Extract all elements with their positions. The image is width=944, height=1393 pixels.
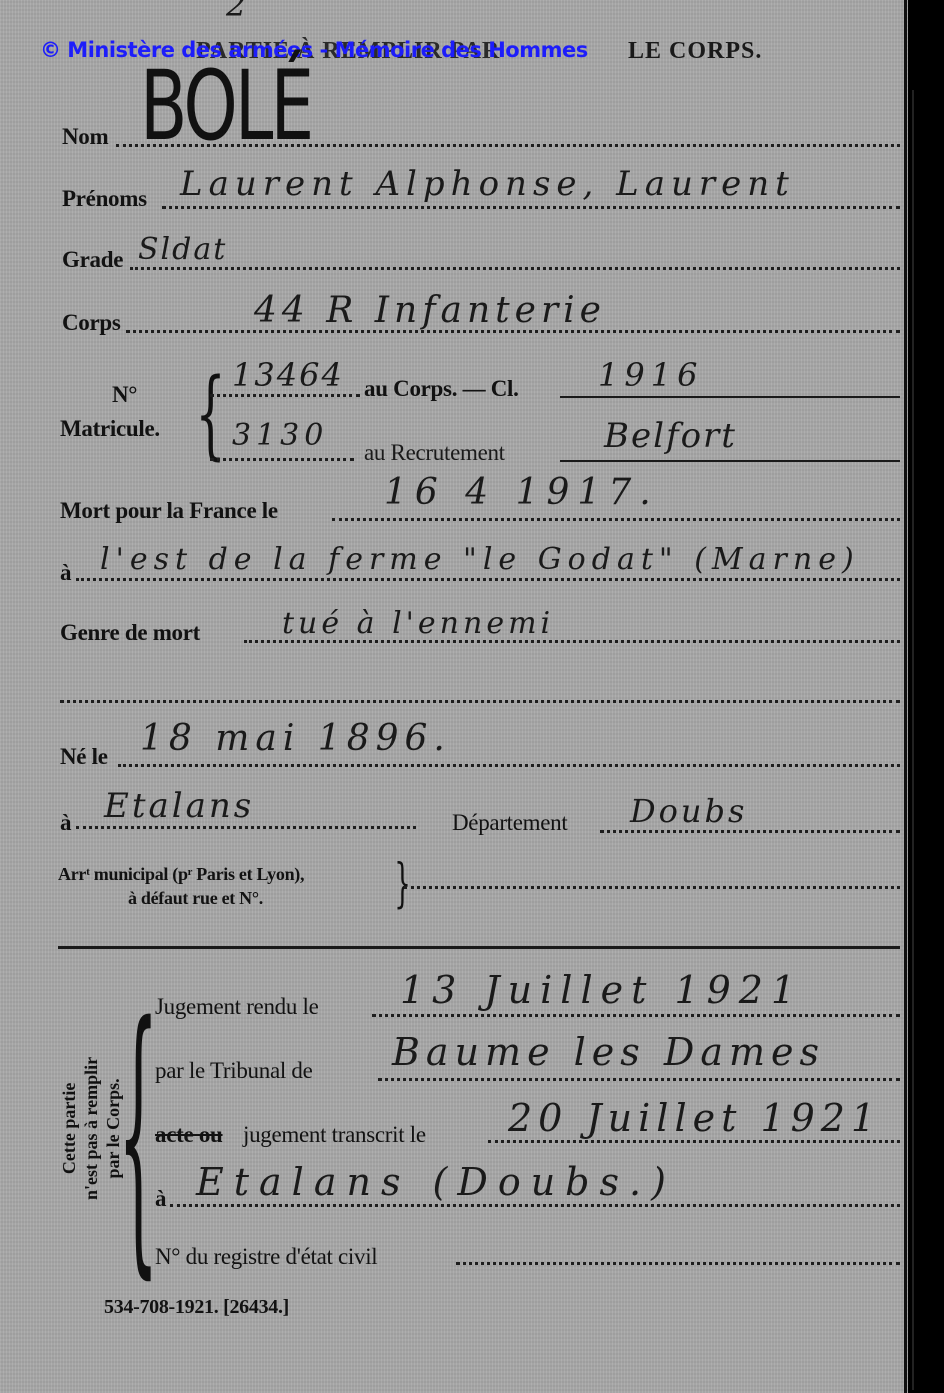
lieu-naissance-line xyxy=(76,826,416,829)
card-right-border xyxy=(904,0,907,1393)
arrondissement-brace: } xyxy=(394,858,411,910)
classe-line xyxy=(560,396,900,398)
departement-label: Département xyxy=(452,810,567,836)
lieu-naissance-value: Etalans xyxy=(104,786,254,826)
tribunal-value: Baume les Dames xyxy=(392,1030,825,1074)
side-note-line2: n'est pas à remplir xyxy=(80,1057,102,1200)
lieu-mort-label: à xyxy=(60,560,71,586)
registre-label: N° du registre d'état civil xyxy=(155,1244,377,1270)
departement-value: Doubs xyxy=(630,792,747,830)
prenoms-value: Laurent Alphonse, Laurent xyxy=(180,164,795,204)
side-note-line1: Cette partie xyxy=(58,1057,80,1200)
arrondissement-label-line1: Arrᵗ municipal (pʳ Paris et Lyon), xyxy=(58,864,304,885)
tribunal-label: par le Tribunal de xyxy=(155,1058,313,1084)
acte-ou-struck-label: acte ou xyxy=(155,1122,223,1148)
mort-date: 16 4 1917. xyxy=(384,472,659,513)
lieu-naissance-label: à xyxy=(60,810,71,836)
grade-label: Grade xyxy=(62,247,123,273)
prenoms-label: Prénoms xyxy=(62,186,147,212)
jugement-brace: { xyxy=(118,990,159,1280)
genre-mort-line xyxy=(244,640,900,643)
transcrit-lieu-value: Etalans (Doubs.) xyxy=(196,1160,676,1204)
prenoms-line xyxy=(162,206,900,209)
copyright-watermark: © Ministère des armées - Mémoire des Hom… xyxy=(40,38,588,62)
nom-label: Nom xyxy=(62,124,108,150)
mort-label: Mort pour la France le xyxy=(60,498,278,524)
ne-le-line xyxy=(118,764,900,767)
genre-mort-label: Genre de mort xyxy=(60,620,200,646)
jugement-rendu-date: 13 Juillet 1921 xyxy=(400,968,803,1012)
au-recrutement-label: au Recrutement xyxy=(364,440,505,466)
transcrit-lieu-line xyxy=(170,1204,900,1207)
recrutement-line xyxy=(560,460,900,462)
corps-value: 44 R Infanterie xyxy=(254,290,606,331)
matricule-recrutement-number: 3130 xyxy=(232,418,328,453)
transcrit-line xyxy=(488,1140,900,1143)
genre-mort-value: tué à l'ennemi xyxy=(282,606,554,641)
corps-line xyxy=(126,330,900,333)
classe-value: 1916 xyxy=(598,356,703,394)
card-right-border-inner xyxy=(912,90,914,1390)
nom-line xyxy=(116,144,900,147)
lieu-mort-value: l'est de la ferme "le Godat" (Marne) xyxy=(100,542,860,577)
section-separator xyxy=(58,946,900,949)
au-corps-label: au Corps. — Cl. xyxy=(364,376,519,402)
arrondissement-label-line2: à défaut rue et N°. xyxy=(128,888,263,909)
matricule-corps-number: 13464 xyxy=(232,356,344,394)
grade-line xyxy=(130,267,900,270)
lieu-mort-line xyxy=(76,578,900,581)
jugement-rendu-line xyxy=(372,1014,900,1017)
arrondissement-line xyxy=(404,886,900,889)
transcrit-lieu-label: à xyxy=(155,1186,166,1212)
matricule-label: Matricule. xyxy=(60,416,160,442)
matricule-brace: { xyxy=(195,366,226,462)
matricule-recrutement-line xyxy=(210,458,354,461)
departement-line xyxy=(600,830,900,833)
registre-line xyxy=(456,1262,900,1265)
corps-label: Corps xyxy=(62,310,121,336)
jugement-rendu-label: Jugement rendu le xyxy=(155,994,319,1020)
tribunal-line xyxy=(378,1078,900,1081)
matricule-corps-line xyxy=(210,394,360,397)
mort-line xyxy=(332,518,900,521)
grade-value: Sldat xyxy=(138,232,227,267)
ne-le-label: Né le xyxy=(60,744,108,770)
recrutement-place: Belfort xyxy=(604,416,737,456)
side-note: Cette partie n'est pas à remplir par le … xyxy=(58,1057,124,1200)
header-title: LE CORPS. xyxy=(628,38,762,65)
transcrit-date: 20 Juillet 1921 xyxy=(508,1096,881,1140)
print-code: 534-708-1921. [26434.] xyxy=(104,1296,289,1319)
blank-line xyxy=(60,700,900,703)
matricule-no-label: N° xyxy=(112,382,137,408)
transcrit-label: jugement transcrit le xyxy=(243,1122,426,1148)
corner-mark: 2 xyxy=(226,0,248,24)
ne-le-value: 18 mai 1896. xyxy=(140,718,451,759)
